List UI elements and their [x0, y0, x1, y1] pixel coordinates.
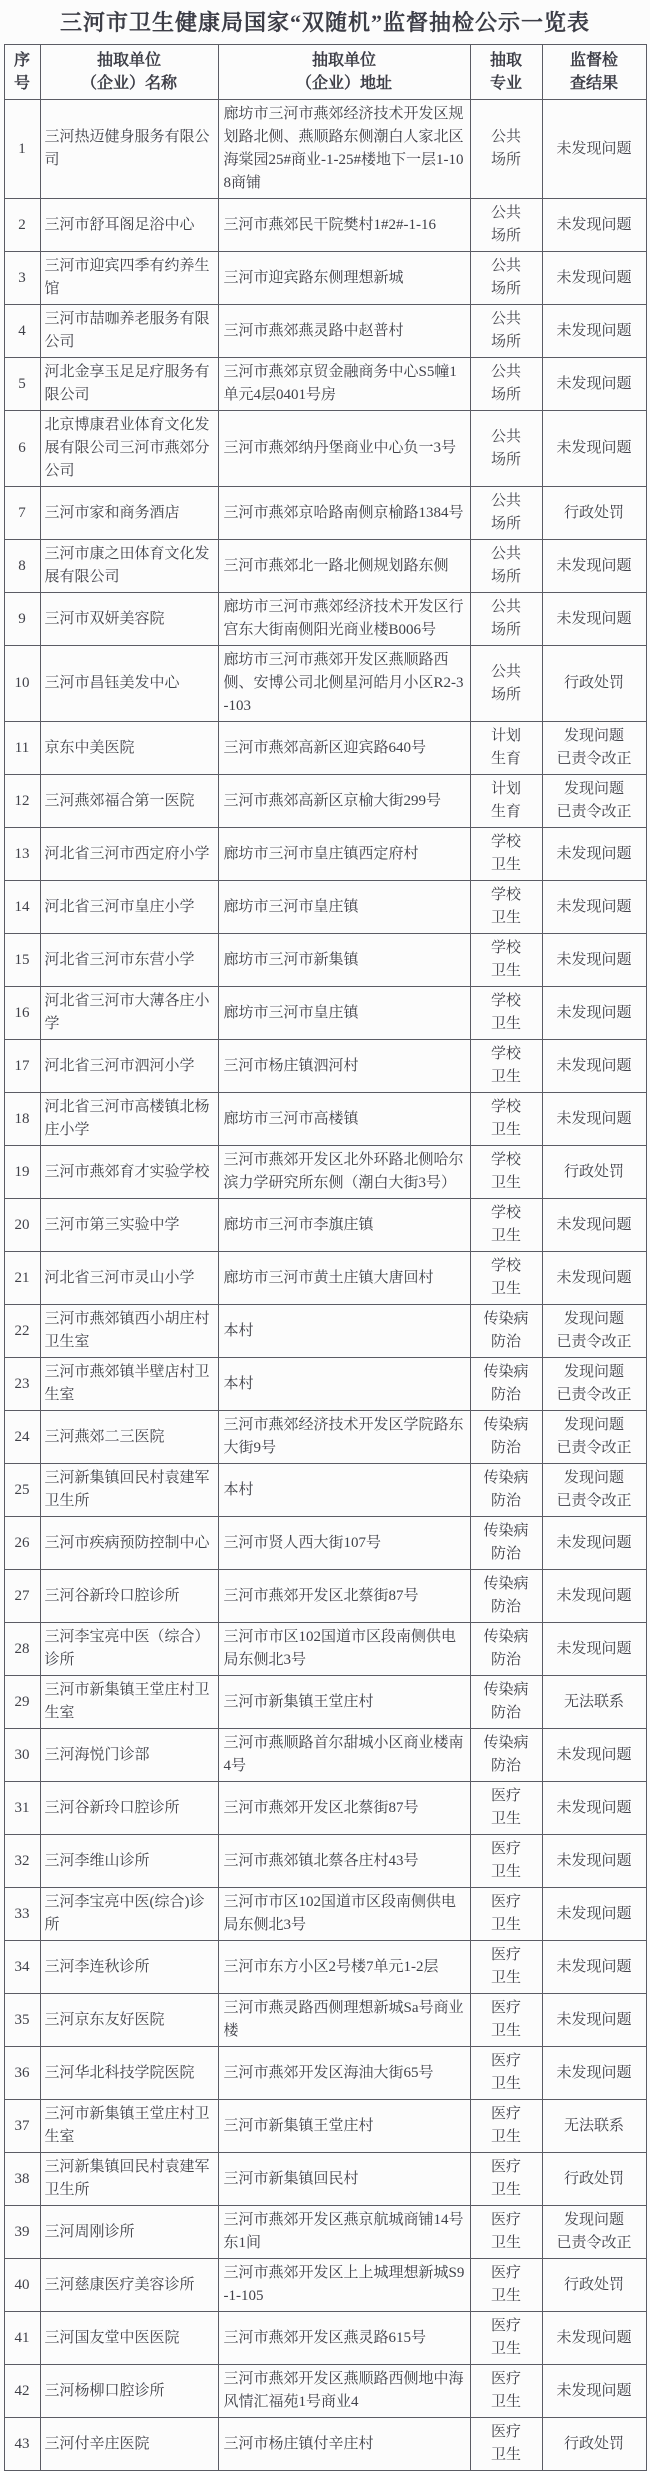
table-row: 10 三河市昌钰美发中心 廊坊市三河市燕郊开发区燕顺路西侧、安博公司北侧星河皓月… — [4, 646, 646, 722]
row-unit-address-cell: 三河市燕郊京哈路南侧京榆路1384号 — [218, 487, 470, 540]
table-row: 40 三河慈康医疗美容诊所 三河市燕郊开发区上上城理想新城S9-1-105 医疗… — [4, 2259, 646, 2312]
row-specialty-cell: 学校 卫生 — [470, 987, 542, 1040]
row-unit-name-cell: 三河李连秋诊所 — [40, 1941, 218, 1994]
row-seq-cell: 18 — [4, 1093, 40, 1146]
table-row: 35 三河京东友好医院 三河市燕灵路西侧理想新城Sa号商业楼 医疗 卫生 未发现… — [4, 1994, 646, 2047]
row-unit-address-cell: 三河市燕郊经济技术开发区学院路东大街9号 — [218, 1411, 470, 1464]
row-specialty-cell: 学校 卫生 — [470, 1199, 542, 1252]
table-row: 9 三河市双妍美容院 廊坊市三河市燕郊经济技术开发区行宫东大街南侧阳光商业楼B0… — [4, 593, 646, 646]
row-unit-name-cell: 三河杨柳口腔诊所 — [40, 2365, 218, 2418]
row-unit-address-cell: 廊坊市三河市皇庄镇 — [218, 881, 470, 934]
page-title: 三河市卫生健康局国家“双随机”监督抽检公示一览表 — [0, 6, 650, 37]
row-result-cell: 未发现问题 — [542, 828, 646, 881]
table-row: 3 三河市迎宾四季有约养生馆 三河市迎宾路东侧理想新城 公共 场所 未发现问题 — [4, 252, 646, 305]
row-unit-address-cell: 本村 — [218, 1464, 470, 1517]
row-result-cell: 未发现问题 — [542, 2312, 646, 2365]
row-unit-address-cell: 三河市燕郊开发区北蔡街87号 — [218, 1782, 470, 1835]
row-unit-name-cell: 三河市康之田体育文化发展有限公司 — [40, 540, 218, 593]
row-specialty-cell: 医疗 卫生 — [470, 2259, 542, 2312]
table-row: 42 三河杨柳口腔诊所 三河市燕郊开发区燕顺路西侧地中海风情汇福苑1号商业4 医… — [4, 2365, 646, 2418]
row-unit-address-cell: 三河市燕灵路西侧理想新城Sa号商业楼 — [218, 1994, 470, 2047]
table-body: 1 三河热迈健身服务有限公司 廊坊市三河市燕郊经济技术开发区规划路北侧、燕顺路东… — [4, 100, 646, 2471]
row-unit-address-cell: 三河市燕郊开发区燕灵路615号 — [218, 2312, 470, 2365]
table-row: 22 三河市燕郊镇西小胡庄村卫生室 本村 传染病 防治 发现问题 已责令改正 — [4, 1305, 646, 1358]
row-result-cell: 发现问题 已责令改正 — [542, 1411, 646, 1464]
row-unit-name-cell: 京东中美医院 — [40, 722, 218, 775]
row-result-cell: 未发现问题 — [542, 358, 646, 411]
row-unit-address-cell: 三河市杨庄镇付辛庄村 — [218, 2418, 470, 2471]
row-unit-address-cell: 三河市燕郊开发区海油大街65号 — [218, 2047, 470, 2100]
table-row: 15 河北省三河市东营小学 廊坊市三河市新集镇 学校 卫生 未发现问题 — [4, 934, 646, 987]
row-result-cell: 未发现问题 — [542, 2365, 646, 2418]
row-unit-address-cell: 三河市燕郊高新区京榆大街299号 — [218, 775, 470, 828]
row-seq-cell: 33 — [4, 1888, 40, 1941]
row-result-cell: 未发现问题 — [542, 1994, 646, 2047]
table-header: 序 号 抽取单位 （企业）名称 抽取单位 （企业）地址 抽取 专业 监督检 查结… — [4, 45, 646, 100]
row-unit-address-cell: 三河市燕郊燕灵路中赵普村 — [218, 305, 470, 358]
row-unit-address-cell: 廊坊市三河市燕郊开发区燕顺路西侧、安博公司北侧星河皓月小区R2-3-103 — [218, 646, 470, 722]
row-result-cell: 发现问题 已责令改正 — [542, 1464, 646, 1517]
row-seq-cell: 22 — [4, 1305, 40, 1358]
row-unit-address-cell: 廊坊市三河市燕郊经济技术开发区行宫东大街南侧阳光商业楼B006号 — [218, 593, 470, 646]
row-specialty-cell: 公共 场所 — [470, 487, 542, 540]
row-unit-address-cell: 三河市燕郊开发区上上城理想新城S9-1-105 — [218, 2259, 470, 2312]
row-unit-name-cell: 三河市第三实验中学 — [40, 1199, 218, 1252]
table-row: 5 河北金享玉足足疗服务有限公司 三河市燕郊京贸金融商务中心S5幢1单元4层04… — [4, 358, 646, 411]
row-result-cell: 未发现问题 — [542, 1199, 646, 1252]
table-row: 31 三河谷新玲口腔诊所 三河市燕郊开发区北蔡街87号 医疗 卫生 未发现问题 — [4, 1782, 646, 1835]
row-unit-address-cell: 三河市杨庄镇泗河村 — [218, 1040, 470, 1093]
row-unit-name-cell: 三河市疾病预防控制中心 — [40, 1517, 218, 1570]
row-seq-cell: 31 — [4, 1782, 40, 1835]
row-unit-address-cell: 本村 — [218, 1305, 470, 1358]
table-row: 37 三河市新集镇王堂庄村卫生室 三河市新集镇王堂庄村 医疗 卫生 无法联系 — [4, 2100, 646, 2153]
row-seq-cell: 21 — [4, 1252, 40, 1305]
row-result-cell: 行政处罚 — [542, 646, 646, 722]
row-result-cell: 未发现问题 — [542, 934, 646, 987]
table-row: 18 河北省三河市高楼镇北杨庄小学 廊坊市三河市高楼镇 学校 卫生 未发现问题 — [4, 1093, 646, 1146]
row-seq-cell: 34 — [4, 1941, 40, 1994]
row-unit-address-cell: 廊坊市三河市黄土庄镇大唐回村 — [218, 1252, 470, 1305]
row-unit-address-cell: 三河市燕郊开发区燕顺路西侧地中海风情汇福苑1号商业4 — [218, 2365, 470, 2418]
row-specialty-cell: 传染病 防治 — [470, 1358, 542, 1411]
row-seq-cell: 40 — [4, 2259, 40, 2312]
table-row: 7 三河市家和商务酒店 三河市燕郊京哈路南侧京榆路1384号 公共 场所 行政处… — [4, 487, 646, 540]
header-unit-name: 抽取单位 （企业）名称 — [40, 45, 218, 100]
table-row: 13 河北省三河市西定府小学 廊坊市三河市皇庄镇西定府村 学校 卫生 未发现问题 — [4, 828, 646, 881]
row-unit-name-cell: 河北省三河市灵山小学 — [40, 1252, 218, 1305]
row-unit-address-cell: 三河市新集镇王堂庄村 — [218, 2100, 470, 2153]
row-unit-address-cell: 三河市新集镇回民村 — [218, 2153, 470, 2206]
row-seq-cell: 39 — [4, 2206, 40, 2259]
row-unit-name-cell: 三河市新集镇王堂庄村卫生室 — [40, 2100, 218, 2153]
row-specialty-cell: 公共 场所 — [470, 252, 542, 305]
row-specialty-cell: 医疗 卫生 — [470, 1941, 542, 1994]
table-row: 24 三河燕郊二三医院 三河市燕郊经济技术开发区学院路东大街9号 传染病 防治 … — [4, 1411, 646, 1464]
row-specialty-cell: 医疗 卫生 — [470, 1782, 542, 1835]
row-specialty-cell: 医疗 卫生 — [470, 2365, 542, 2418]
row-result-cell: 未发现问题 — [542, 1729, 646, 1782]
row-specialty-cell: 公共 场所 — [470, 305, 542, 358]
row-unit-address-cell: 廊坊市三河市皇庄镇 — [218, 987, 470, 1040]
row-unit-address-cell: 三河市燕郊镇北蔡各庄村43号 — [218, 1835, 470, 1888]
row-unit-address-cell: 三河市燕郊京贸金融商务中心S5幢1单元4层0401号房 — [218, 358, 470, 411]
row-result-cell: 未发现问题 — [542, 100, 646, 199]
row-unit-address-cell: 廊坊市三河市皇庄镇西定府村 — [218, 828, 470, 881]
row-seq-cell: 12 — [4, 775, 40, 828]
row-unit-name-cell: 北京博康君业体育文化发展有限公司三河市燕郊分公司 — [40, 411, 218, 487]
row-result-cell: 未发现问题 — [542, 593, 646, 646]
row-specialty-cell: 学校 卫生 — [470, 828, 542, 881]
row-seq-cell: 15 — [4, 934, 40, 987]
row-unit-name-cell: 三河市新集镇王堂庄村卫生室 — [40, 1676, 218, 1729]
row-seq-cell: 29 — [4, 1676, 40, 1729]
row-specialty-cell: 传染病 防治 — [470, 1623, 542, 1676]
row-result-cell: 未发现问题 — [542, 540, 646, 593]
table-row: 32 三河李维山诊所 三河市燕郊镇北蔡各庄村43号 医疗 卫生 未发现问题 — [4, 1835, 646, 1888]
row-specialty-cell: 学校 卫生 — [470, 1040, 542, 1093]
row-unit-name-cell: 河北省三河市东营小学 — [40, 934, 218, 987]
row-unit-address-cell: 三河市贤人西大街107号 — [218, 1517, 470, 1570]
row-seq-cell: 5 — [4, 358, 40, 411]
table-row: 29 三河市新集镇王堂庄村卫生室 三河市新集镇王堂庄村 传染病 防治 无法联系 — [4, 1676, 646, 1729]
row-seq-cell: 3 — [4, 252, 40, 305]
row-unit-name-cell: 河北金享玉足足疗服务有限公司 — [40, 358, 218, 411]
row-specialty-cell: 医疗 卫生 — [470, 2418, 542, 2471]
row-seq-cell: 20 — [4, 1199, 40, 1252]
row-unit-address-cell: 廊坊市三河市燕郊经济技术开发区规划路北侧、燕顺路东侧潮白人家北区海棠园25#商业… — [218, 100, 470, 199]
row-unit-name-cell: 三河燕郊二三医院 — [40, 1411, 218, 1464]
row-seq-cell: 38 — [4, 2153, 40, 2206]
row-seq-cell: 35 — [4, 1994, 40, 2047]
row-unit-address-cell: 三河市燕郊开发区北外环路北侧哈尔滨力学研究所东侧（潮白大街3号） — [218, 1146, 470, 1199]
row-specialty-cell: 公共 场所 — [470, 411, 542, 487]
row-unit-name-cell: 三河京东友好医院 — [40, 1994, 218, 2047]
row-result-cell: 未发现问题 — [542, 305, 646, 358]
row-unit-name-cell: 三河华北科技学院医院 — [40, 2047, 218, 2100]
row-seq-cell: 1 — [4, 100, 40, 199]
row-result-cell: 行政处罚 — [542, 2259, 646, 2312]
row-specialty-cell: 医疗 卫生 — [470, 2047, 542, 2100]
row-specialty-cell: 医疗 卫生 — [470, 1888, 542, 1941]
row-specialty-cell: 公共 场所 — [470, 540, 542, 593]
row-seq-cell: 2 — [4, 199, 40, 252]
row-seq-cell: 27 — [4, 1570, 40, 1623]
row-unit-name-cell: 河北省三河市西定府小学 — [40, 828, 218, 881]
table-row: 4 三河市喆咖养老服务有限公司 三河市燕郊燕灵路中赵普村 公共 场所 未发现问题 — [4, 305, 646, 358]
row-result-cell: 未发现问题 — [542, 1888, 646, 1941]
table-row: 28 三河李宝亮中医（综合）诊所 三河市市区102国道市区段南侧供电局东侧北3号… — [4, 1623, 646, 1676]
row-unit-name-cell: 三河市喆咖养老服务有限公司 — [40, 305, 218, 358]
row-specialty-cell: 医疗 卫生 — [470, 2153, 542, 2206]
row-unit-name-cell: 三河市燕郊镇西小胡庄村卫生室 — [40, 1305, 218, 1358]
row-result-cell: 未发现问题 — [542, 1835, 646, 1888]
row-unit-address-cell: 三河市燕顺路首尔甜城小区商业楼南4号 — [218, 1729, 470, 1782]
row-result-cell: 未发现问题 — [542, 1623, 646, 1676]
row-unit-name-cell: 三河市昌钰美发中心 — [40, 646, 218, 722]
row-result-cell: 未发现问题 — [542, 1570, 646, 1623]
table-row: 6 北京博康君业体育文化发展有限公司三河市燕郊分公司 三河市燕郊纳丹堡商业中心负… — [4, 411, 646, 487]
table-row: 19 三河市燕郊育才实验学校 三河市燕郊开发区北外环路北侧哈尔滨力学研究所东侧（… — [4, 1146, 646, 1199]
row-unit-address-cell: 三河市市区102国道市区段南侧供电局东侧北3号 — [218, 1623, 470, 1676]
row-seq-cell: 24 — [4, 1411, 40, 1464]
table-row: 43 三河付辛庄医院 三河市杨庄镇付辛庄村 医疗 卫生 行政处罚 — [4, 2418, 646, 2471]
row-specialty-cell: 计划 生育 — [470, 775, 542, 828]
row-result-cell: 行政处罚 — [542, 2418, 646, 2471]
row-result-cell: 未发现问题 — [542, 2047, 646, 2100]
row-result-cell: 发现问题 已责令改正 — [542, 722, 646, 775]
row-seq-cell: 43 — [4, 2418, 40, 2471]
table-row: 23 三河市燕郊镇半壁店村卫生室 本村 传染病 防治 发现问题 已责令改正 — [4, 1358, 646, 1411]
row-specialty-cell: 公共 场所 — [470, 358, 542, 411]
row-unit-name-cell: 三河市家和商务酒店 — [40, 487, 218, 540]
row-unit-name-cell: 三河新集镇回民村袁建军卫生所 — [40, 1464, 218, 1517]
table-header-row: 序 号 抽取单位 （企业）名称 抽取单位 （企业）地址 抽取 专业 监督检 查结… — [4, 45, 646, 100]
row-specialty-cell: 医疗 卫生 — [470, 2312, 542, 2365]
table-row: 14 河北省三河市皇庄小学 廊坊市三河市皇庄镇 学校 卫生 未发现问题 — [4, 881, 646, 934]
row-seq-cell: 13 — [4, 828, 40, 881]
header-result: 监督检 查结果 — [542, 45, 646, 100]
row-specialty-cell: 学校 卫生 — [470, 1093, 542, 1146]
table-row: 2 三河市舒耳阁足浴中心 三河市燕郊民干院樊村1#2#-1-16 公共 场所 未… — [4, 199, 646, 252]
row-unit-address-cell: 廊坊市三河市高楼镇 — [218, 1093, 470, 1146]
row-unit-name-cell: 三河慈康医疗美容诊所 — [40, 2259, 218, 2312]
table-row: 21 河北省三河市灵山小学 廊坊市三河市黄土庄镇大唐回村 学校 卫生 未发现问题 — [4, 1252, 646, 1305]
row-seq-cell: 32 — [4, 1835, 40, 1888]
row-unit-address-cell: 廊坊市三河市李旗庄镇 — [218, 1199, 470, 1252]
row-unit-name-cell: 三河李宝亮中医(综合)诊所 — [40, 1888, 218, 1941]
row-seq-cell: 6 — [4, 411, 40, 487]
table-row: 20 三河市第三实验中学 廊坊市三河市李旗庄镇 学校 卫生 未发现问题 — [4, 1199, 646, 1252]
row-result-cell: 未发现问题 — [542, 1782, 646, 1835]
row-specialty-cell: 计划 生育 — [470, 722, 542, 775]
row-result-cell: 未发现问题 — [542, 1517, 646, 1570]
row-specialty-cell: 公共 场所 — [470, 593, 542, 646]
row-unit-name-cell: 三河李宝亮中医（综合）诊所 — [40, 1623, 218, 1676]
row-result-cell: 发现问题 已责令改正 — [542, 775, 646, 828]
row-unit-name-cell: 三河燕郊福合第一医院 — [40, 775, 218, 828]
row-specialty-cell: 公共 场所 — [470, 199, 542, 252]
row-unit-name-cell: 三河海悦门诊部 — [40, 1729, 218, 1782]
row-seq-cell: 26 — [4, 1517, 40, 1570]
row-result-cell: 未发现问题 — [542, 199, 646, 252]
row-specialty-cell: 医疗 卫生 — [470, 1835, 542, 1888]
row-seq-cell: 9 — [4, 593, 40, 646]
row-result-cell: 无法联系 — [542, 1676, 646, 1729]
row-unit-address-cell: 本村 — [218, 1358, 470, 1411]
row-result-cell: 未发现问题 — [542, 881, 646, 934]
row-unit-address-cell: 三河市新集镇王堂庄村 — [218, 1676, 470, 1729]
row-seq-cell: 25 — [4, 1464, 40, 1517]
table-row: 33 三河李宝亮中医(综合)诊所 三河市市区102国道市区段南侧供电局东侧北3号… — [4, 1888, 646, 1941]
row-specialty-cell: 公共 场所 — [470, 646, 542, 722]
row-seq-cell: 42 — [4, 2365, 40, 2418]
row-specialty-cell: 医疗 卫生 — [470, 2100, 542, 2153]
row-unit-name-cell: 三河市迎宾四季有约养生馆 — [40, 252, 218, 305]
row-result-cell: 未发现问题 — [542, 1040, 646, 1093]
header-unit-address: 抽取单位 （企业）地址 — [218, 45, 470, 100]
table-row: 38 三河新集镇回民村袁建军卫生所 三河市新集镇回民村 医疗 卫生 行政处罚 — [4, 2153, 646, 2206]
table-row: 30 三河海悦门诊部 三河市燕顺路首尔甜城小区商业楼南4号 传染病 防治 未发现… — [4, 1729, 646, 1782]
row-seq-cell: 37 — [4, 2100, 40, 2153]
row-unit-name-cell: 三河谷新玲口腔诊所 — [40, 1570, 218, 1623]
row-unit-name-cell: 三河周刚诊所 — [40, 2206, 218, 2259]
row-result-cell: 行政处罚 — [542, 1146, 646, 1199]
row-seq-cell: 17 — [4, 1040, 40, 1093]
row-result-cell: 发现问题 已责令改正 — [542, 2206, 646, 2259]
row-seq-cell: 4 — [4, 305, 40, 358]
row-seq-cell: 19 — [4, 1146, 40, 1199]
document-page: 三河市卫生健康局国家“双随机”监督抽检公示一览表 序 号 抽取单位 （企业）名称… — [0, 0, 650, 2336]
row-unit-address-cell: 三河市燕郊高新区迎宾路640号 — [218, 722, 470, 775]
row-result-cell: 无法联系 — [542, 2100, 646, 2153]
row-unit-name-cell: 河北省三河市泗河小学 — [40, 1040, 218, 1093]
row-specialty-cell: 传染病 防治 — [470, 1305, 542, 1358]
row-unit-address-cell: 三河市燕郊北一路北侧规划路东侧 — [218, 540, 470, 593]
row-unit-address-cell: 三河市燕郊开发区燕京航城商铺14号东1间 — [218, 2206, 470, 2259]
row-result-cell: 未发现问题 — [542, 1093, 646, 1146]
row-specialty-cell: 传染病 防治 — [470, 1676, 542, 1729]
row-result-cell: 未发现问题 — [542, 1941, 646, 1994]
row-specialty-cell: 医疗 卫生 — [470, 2206, 542, 2259]
table-row: 8 三河市康之田体育文化发展有限公司 三河市燕郊北一路北侧规划路东侧 公共 场所… — [4, 540, 646, 593]
row-result-cell: 行政处罚 — [542, 2153, 646, 2206]
row-unit-address-cell: 三河市东方小区2号楼7单元1-2层 — [218, 1941, 470, 1994]
row-unit-address-cell: 三河市燕郊纳丹堡商业中心负一3号 — [218, 411, 470, 487]
row-seq-cell: 11 — [4, 722, 40, 775]
table-row: 36 三河华北科技学院医院 三河市燕郊开发区海油大街65号 医疗 卫生 未发现问… — [4, 2047, 646, 2100]
header-seq: 序 号 — [4, 45, 40, 100]
row-unit-address-cell: 三河市燕郊民干院樊村1#2#-1-16 — [218, 199, 470, 252]
row-unit-name-cell: 三河市双妍美容院 — [40, 593, 218, 646]
table-row: 17 河北省三河市泗河小学 三河市杨庄镇泗河村 学校 卫生 未发现问题 — [4, 1040, 646, 1093]
row-specialty-cell: 传染病 防治 — [470, 1464, 542, 1517]
row-seq-cell: 30 — [4, 1729, 40, 1782]
row-seq-cell: 36 — [4, 2047, 40, 2100]
row-unit-name-cell: 三河国友堂中医医院 — [40, 2312, 218, 2365]
row-result-cell: 未发现问题 — [542, 987, 646, 1040]
table-row: 39 三河周刚诊所 三河市燕郊开发区燕京航城商铺14号东1间 医疗 卫生 发现问… — [4, 2206, 646, 2259]
row-unit-name-cell: 三河市燕郊镇半壁店村卫生室 — [40, 1358, 218, 1411]
row-result-cell: 发现问题 已责令改正 — [542, 1358, 646, 1411]
table-row: 12 三河燕郊福合第一医院 三河市燕郊高新区京榆大街299号 计划 生育 发现问… — [4, 775, 646, 828]
row-result-cell: 未发现问题 — [542, 252, 646, 305]
row-specialty-cell: 传染病 防治 — [470, 1517, 542, 1570]
row-specialty-cell: 学校 卫生 — [470, 934, 542, 987]
row-seq-cell: 16 — [4, 987, 40, 1040]
row-result-cell: 行政处罚 — [542, 487, 646, 540]
row-unit-name-cell: 三河谷新玲口腔诊所 — [40, 1782, 218, 1835]
table-row: 25 三河新集镇回民村袁建军卫生所 本村 传染病 防治 发现问题 已责令改正 — [4, 1464, 646, 1517]
row-unit-name-cell: 三河新集镇回民村袁建军卫生所 — [40, 2153, 218, 2206]
row-specialty-cell: 公共 场所 — [470, 100, 542, 199]
row-specialty-cell: 学校 卫生 — [470, 1252, 542, 1305]
row-seq-cell: 14 — [4, 881, 40, 934]
row-result-cell: 未发现问题 — [542, 1252, 646, 1305]
row-unit-address-cell: 三河市迎宾路东侧理想新城 — [218, 252, 470, 305]
row-specialty-cell: 医疗 卫生 — [470, 1994, 542, 2047]
row-unit-name-cell: 河北省三河市高楼镇北杨庄小学 — [40, 1093, 218, 1146]
table-row: 16 河北省三河市大薄各庄小学 廊坊市三河市皇庄镇 学校 卫生 未发现问题 — [4, 987, 646, 1040]
row-seq-cell: 7 — [4, 487, 40, 540]
row-unit-address-cell: 三河市市区102国道市区段南侧供电局东侧北3号 — [218, 1888, 470, 1941]
row-specialty-cell: 学校 卫生 — [470, 1146, 542, 1199]
table-row: 1 三河热迈健身服务有限公司 廊坊市三河市燕郊经济技术开发区规划路北侧、燕顺路东… — [4, 100, 646, 199]
row-specialty-cell: 传染病 防治 — [470, 1411, 542, 1464]
table-row: 34 三河李连秋诊所 三河市东方小区2号楼7单元1-2层 医疗 卫生 未发现问题 — [4, 1941, 646, 1994]
row-specialty-cell: 学校 卫生 — [470, 881, 542, 934]
header-specialty: 抽取 专业 — [470, 45, 542, 100]
row-result-cell: 未发现问题 — [542, 411, 646, 487]
row-seq-cell: 10 — [4, 646, 40, 722]
row-unit-address-cell: 三河市燕郊开发区北蔡街87号 — [218, 1570, 470, 1623]
row-seq-cell: 41 — [4, 2312, 40, 2365]
row-specialty-cell: 传染病 防治 — [470, 1729, 542, 1782]
row-seq-cell: 8 — [4, 540, 40, 593]
row-unit-name-cell: 三河市舒耳阁足浴中心 — [40, 199, 218, 252]
row-seq-cell: 23 — [4, 1358, 40, 1411]
inspection-results-table: 序 号 抽取单位 （企业）名称 抽取单位 （企业）地址 抽取 专业 监督检 查结… — [4, 44, 647, 2471]
row-unit-name-cell: 三河市燕郊育才实验学校 — [40, 1146, 218, 1199]
row-unit-name-cell: 三河李维山诊所 — [40, 1835, 218, 1888]
table-row: 27 三河谷新玲口腔诊所 三河市燕郊开发区北蔡街87号 传染病 防治 未发现问题 — [4, 1570, 646, 1623]
table-row: 11 京东中美医院 三河市燕郊高新区迎宾路640号 计划 生育 发现问题 已责令… — [4, 722, 646, 775]
row-result-cell: 发现问题 已责令改正 — [542, 1305, 646, 1358]
row-unit-address-cell: 廊坊市三河市新集镇 — [218, 934, 470, 987]
table-row: 41 三河国友堂中医医院 三河市燕郊开发区燕灵路615号 医疗 卫生 未发现问题 — [4, 2312, 646, 2365]
row-specialty-cell: 传染病 防治 — [470, 1570, 542, 1623]
row-unit-name-cell: 三河付辛庄医院 — [40, 2418, 218, 2471]
row-unit-name-cell: 三河热迈健身服务有限公司 — [40, 100, 218, 199]
row-seq-cell: 28 — [4, 1623, 40, 1676]
table-row: 26 三河市疾病预防控制中心 三河市贤人西大街107号 传染病 防治 未发现问题 — [4, 1517, 646, 1570]
row-unit-name-cell: 河北省三河市皇庄小学 — [40, 881, 218, 934]
row-unit-name-cell: 河北省三河市大薄各庄小学 — [40, 987, 218, 1040]
